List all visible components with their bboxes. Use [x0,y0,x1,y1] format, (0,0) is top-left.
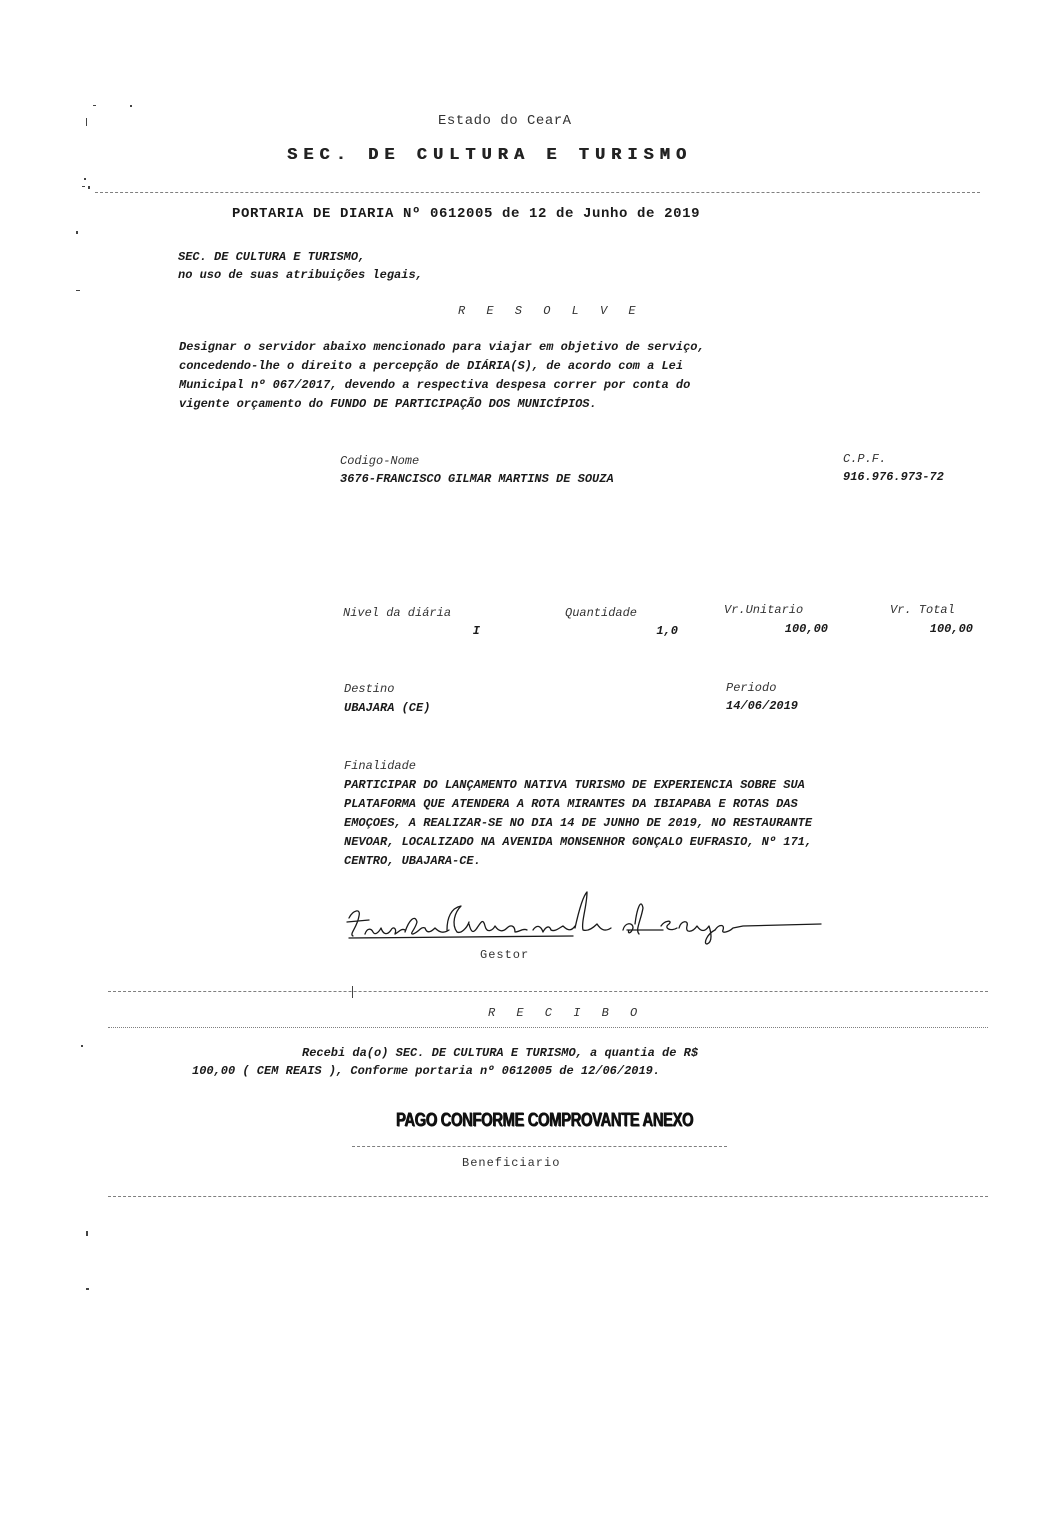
destination-label: Destino [344,682,394,696]
paragraph-line: Designar o servidor abaixo mencionado pa… [179,338,879,357]
period-label: Periodo [726,681,776,695]
purpose-line: PARTICIPAR DO LANÇAMENTO NATIVA TURISMO … [344,776,812,795]
beneficiary-label: Beneficiario [462,1156,560,1170]
total-value-label: Vr. Total [890,603,955,617]
purpose-text: PARTICIPAR DO LANÇAMENTO NATIVA TURISMO … [344,776,812,871]
divider-top [95,192,980,193]
purpose-line: PLATAFORMA QUE ATENDERA A ROTA MIRANTES … [344,795,812,814]
issuer-name: SEC. DE CULTURA E TURISMO, [178,250,365,264]
scan-speck [82,186,85,187]
scan-speck [76,290,80,291]
purpose-line: CENTRO, UBAJARA-CE. [344,852,812,871]
daily-level-value: I [440,624,480,638]
scan-speck [76,231,78,234]
issuer-attribution: no uso de suas atribuições legais, [178,268,423,282]
code-name-label: Codigo-Nome [340,454,419,468]
signer-role-label: Gestor [480,948,529,962]
scan-speck [130,105,132,107]
code-name-value: 3676-FRANCISCO GILMAR MARTINS DE SOUZA [340,472,614,486]
paragraph-line: vigente orçamento do FUNDO DE PARTICIPAÇ… [179,395,879,414]
resolve-heading: R E S O L V E [458,304,643,318]
paragraph-line: concedendo-lhe o direito a percepção de … [179,357,879,376]
total-value: 100,00 [905,622,973,636]
quantity-value: 1,0 [618,624,678,638]
divider-bottom [108,1196,988,1197]
period-value: 14/06/2019 [726,699,798,713]
scan-speck [81,1045,83,1047]
cpf-label: C.P.F. [843,452,886,466]
scan-speck [352,986,353,998]
portaria-title: PORTARIA DE DIARIA Nº 0612005 de 12 de J… [232,206,700,222]
scan-speck [84,178,86,180]
quantity-label: Quantidade [565,606,637,620]
divider-receipt-bottom [108,1027,988,1028]
handwritten-signature [343,888,823,946]
scan-speck [88,186,90,189]
scan-speck [93,105,96,106]
purpose-label: Finalidade [344,759,416,773]
state-heading: Estado do CearA [438,113,572,129]
divider-receipt-top [108,991,988,992]
payment-stamp: PAGO CONFORME COMPROVANTE ANEXO [396,1110,693,1132]
resolution-paragraph: Designar o servidor abaixo mencionado pa… [179,338,879,414]
unit-value: 100,00 [760,622,828,636]
purpose-line: EMOÇOES, A REALIZAR-SE NO DIA 14 DE JUNH… [344,814,812,833]
paragraph-line: Municipal nº 067/2017, devendo a respect… [179,376,879,395]
scan-speck [86,118,87,126]
receipt-text-line: Recebi da(o) SEC. DE CULTURA E TURISMO, … [302,1046,698,1060]
beneficiary-signature-line [352,1146,727,1147]
scan-speck [86,1231,88,1236]
scan-speck [86,1288,89,1290]
receipt-heading: R E C I B O [488,1006,644,1020]
purpose-line: NEVOAR, LOCALIZADO NA AVENIDA MONSENHOR … [344,833,812,852]
cpf-value: 916.976.973-72 [843,470,944,484]
destination-value: UBAJARA (CE) [344,701,430,715]
daily-level-label: Nivel da diária [343,606,451,620]
unit-value-label: Vr.Unitario [724,603,803,617]
secretariat-heading: SEC. DE CULTURA E TURISMO [287,146,692,165]
receipt-text-line: 100,00 ( CEM REAIS ), Conforme portaria … [192,1064,660,1078]
